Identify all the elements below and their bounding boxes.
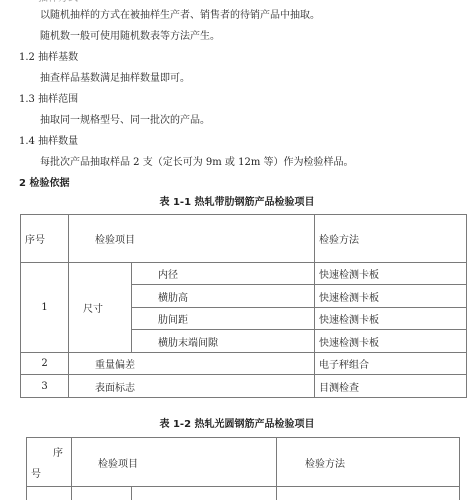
subitem: 横肋末端间隙 bbox=[132, 330, 315, 353]
paragraph-sample-quantity: 每批次产品抽取样品 2 支（定长可为 9m 或 12m 等）作为检验样品。 bbox=[40, 157, 354, 169]
table2-caption: 表 1-2 热轧光圆钢筋产品检验项目 bbox=[0, 419, 474, 431]
cell bbox=[72, 487, 132, 500]
cell bbox=[277, 487, 460, 500]
method: 目测检查 bbox=[315, 375, 467, 398]
header-no-top: 序 bbox=[53, 444, 63, 459]
cell bbox=[132, 487, 277, 500]
header-method: 检验方法 bbox=[315, 215, 467, 263]
method: 快速检测卡板 bbox=[315, 330, 467, 353]
table-ribbed-rebar-inspection: 序号 检验项目 检验方法 1 尺寸 内径 快速检测卡板 横肋高 快速检测卡板 肋… bbox=[20, 214, 467, 398]
table2-header-row: 序 号 检验项目 检验方法 bbox=[27, 438, 460, 487]
paragraph-sampling-method: 以随机抽样的方式在被抽样生产者、销售者的待销产品中抽取。 bbox=[40, 10, 320, 22]
method: 快速检测卡板 bbox=[315, 308, 467, 330]
row-no: 3 bbox=[21, 375, 69, 398]
paragraph-sample-base: 抽查样品基数满足抽样数量即可。 bbox=[40, 73, 190, 85]
table-plain-round-rebar-inspection: 序 号 检验项目 检验方法 bbox=[26, 437, 460, 500]
heading-1-2: 1.2 抽样基数 bbox=[19, 52, 78, 64]
row-group: 尺寸 bbox=[69, 263, 132, 353]
header-item: 检验项目 bbox=[69, 215, 315, 263]
item: 表面标志 bbox=[69, 375, 315, 398]
header-no-bottom: 号 bbox=[31, 465, 41, 480]
header-no: 序号 bbox=[21, 215, 69, 263]
table-row bbox=[27, 487, 460, 500]
cell bbox=[27, 487, 72, 500]
table-row: 2 重量偏差 电子秤组合 bbox=[21, 353, 467, 375]
heading-1-4: 1.4 抽样数量 bbox=[19, 136, 78, 148]
header-no: 序 号 bbox=[27, 438, 72, 487]
heading-1-3: 1.3 抽样范围 bbox=[19, 94, 78, 106]
table1-caption: 表 1-1 热轧带肋钢筋产品检验项目 bbox=[0, 197, 474, 209]
header-method: 检验方法 bbox=[277, 438, 460, 487]
method: 快速检测卡板 bbox=[315, 285, 467, 308]
paragraph-random-number: 随机数一般可使用随机数表等方法产生。 bbox=[40, 31, 220, 43]
table-row: 3 表面标志 目测检查 bbox=[21, 375, 467, 398]
subitem: 横肋高 bbox=[132, 285, 315, 308]
header-item: 检验项目 bbox=[72, 438, 277, 487]
item: 重量偏差 bbox=[69, 353, 315, 375]
subitem: 肋间距 bbox=[132, 308, 315, 330]
partial-heading-cut-off: 抽样方式 bbox=[38, 0, 78, 5]
paragraph-sample-scope: 抽取同一规格型号、同一批次的产品。 bbox=[40, 115, 210, 127]
row-no: 2 bbox=[21, 353, 69, 375]
subitem: 内径 bbox=[132, 263, 315, 285]
section-heading-2: 2 检验依据 bbox=[19, 178, 69, 190]
method: 快速检测卡板 bbox=[315, 263, 467, 285]
row-no: 1 bbox=[21, 263, 69, 353]
method: 电子秤组合 bbox=[315, 353, 467, 375]
table-row: 1 尺寸 内径 快速检测卡板 bbox=[21, 263, 467, 285]
table1-header-row: 序号 检验项目 检验方法 bbox=[21, 215, 467, 263]
